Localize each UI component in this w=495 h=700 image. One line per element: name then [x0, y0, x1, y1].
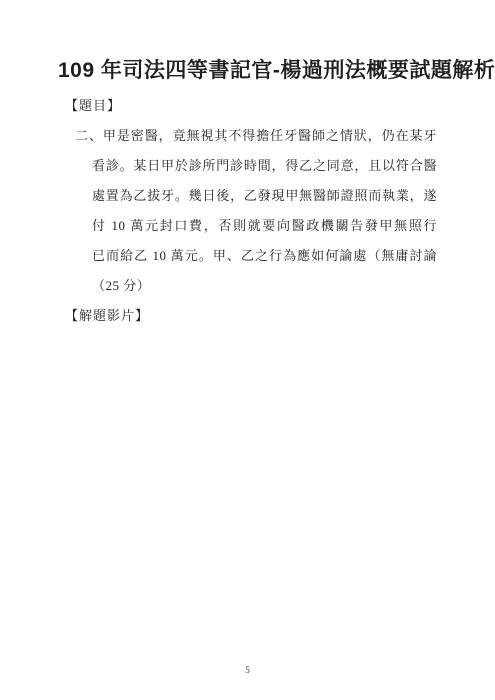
question-section-header: 【題目】 — [65, 97, 121, 115]
question-line: 付 10 萬元封口費，否則就要向醫政機關告發甲無照行醫，甲不得 — [92, 211, 437, 241]
question-line: （25 分） — [92, 271, 437, 301]
question-line: 處置為乙拔牙。幾日後，乙發現甲無醫師證照而執業，遂要求甲給 — [92, 181, 437, 211]
video-section-header: 【解題影片】 — [65, 307, 149, 325]
page-number: 5 — [0, 663, 495, 677]
question-line: 已而給乙 10 萬元。甲、乙之行為應如何論處（無庸討論密醫罪）？ — [92, 241, 437, 271]
document-title: 109 年司法四等書記官-楊過刑法概要試題解析 2 — [58, 56, 438, 86]
question-line: 看診。某日甲於診所門診時間，得乙之同意，且以符合醫療常規之 — [92, 151, 437, 181]
question-paragraph: 二、甲是密醫，竟無視其不得擔任牙醫師之情狀，仍在某牙醫診所開業 看診。某日甲於診… — [92, 121, 437, 301]
document-page: 109 年司法四等書記官-楊過刑法概要試題解析 2 【題目】 二、甲是密醫，竟無… — [0, 0, 495, 700]
question-line: 二、甲是密醫，竟無視其不得擔任牙醫師之情狀，仍在某牙醫診所開業 — [75, 121, 437, 151]
